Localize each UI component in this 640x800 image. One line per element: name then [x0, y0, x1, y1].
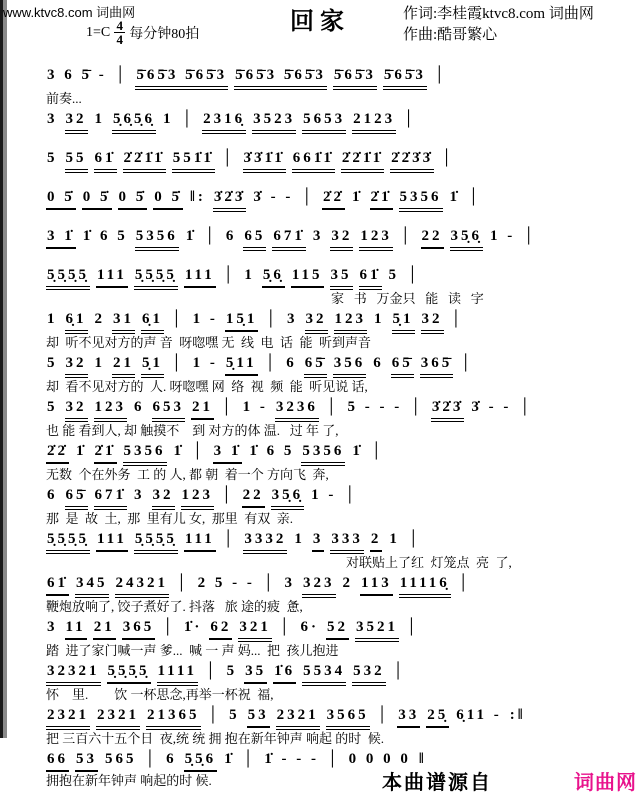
composer-credit: 作曲:酷哥繁心 [403, 25, 594, 46]
note-group: 5̄65̄3 [383, 66, 427, 90]
note-group: 62 [209, 618, 232, 640]
repeat-sign: ‖: [189, 188, 207, 208]
note-group: 5̣11 [225, 354, 258, 376]
notes-line: 5̣5̣5̣5̣1115̣5̣5̣5̣111│15̣6̣1153561̇5│ [46, 266, 621, 290]
note-group: 3 [46, 110, 59, 130]
barline: │ [221, 149, 237, 169]
footer-site-name: 词曲网 [574, 766, 637, 795]
lyrics-line: 踏 进了家门喊一声 爹... 喊 一 声 妈... 把 孩儿抱进 [46, 643, 621, 658]
lyrics-line: 却 听不见对方的声 音 呀唿嘿 无 线 电 话 能 听到声音 [46, 335, 621, 350]
time-denominator: 4 [116, 34, 123, 45]
barline: │ [325, 398, 341, 418]
note-group: 5̄65̄3 5̄65̄3 [135, 66, 228, 90]
note-group: 55 [65, 149, 88, 173]
barline: │ [406, 266, 422, 286]
note-group: 5356 [123, 442, 167, 466]
barline: │ [222, 266, 238, 286]
system-row: 5̣5̣5̣5̣1115̣5̣5̣5̣111│15̣6̣1153561̇5│家 … [46, 266, 621, 306]
system-row: 0 5̇0 5̇0 5̇0 5̇‖:3̇2̇3̇3̇ - -│2̇2̇1̇2̇1… [46, 188, 621, 212]
barline: │ [407, 530, 423, 550]
note-group: 1 [94, 354, 107, 374]
repeat-sign: :‖ [509, 706, 527, 726]
note-group: 5 [226, 662, 239, 682]
note-group: 2̇2̇1̇1̇ [123, 149, 166, 173]
barline: │ [175, 574, 191, 594]
barline: │ [203, 227, 219, 247]
note-group: 111 [96, 266, 128, 288]
note-group: 123 [94, 398, 128, 422]
note-group: 5 [228, 706, 241, 726]
barline: │ [264, 354, 280, 374]
note-group: 3521 [355, 618, 399, 642]
note-group: 1̇ [351, 442, 364, 462]
note-group: 123 [334, 310, 368, 334]
note-group: 111 [96, 530, 128, 552]
barline: │ [370, 442, 386, 462]
barline: │ [191, 442, 207, 462]
note-group: 3̇ - - [470, 398, 512, 418]
note-group: 6̣1 [141, 310, 164, 334]
note-group: 53 [247, 706, 270, 728]
note-group: 661̇1̇ [292, 149, 335, 173]
note-group: 0 5̇ [118, 188, 148, 210]
note-group: 2 [370, 530, 383, 552]
notes-line: 3 1̇1̇ 6 553561̇│665671̇332123│2235̣6̣1 … [46, 227, 621, 251]
note-group: 22 [242, 486, 265, 508]
barline: │ [343, 486, 359, 506]
note-group: 2̇1̇ [94, 442, 117, 464]
note-group: 671̇ [94, 486, 128, 510]
time-numerator: 4 [116, 20, 123, 31]
note-group: 113 [360, 574, 393, 596]
lyrics-line: 前奏... [46, 91, 621, 106]
credits-block: 作词:李桂霞ktvc8.com 词曲网 作曲:酷哥繁心 [403, 4, 594, 46]
note-group: 1 [162, 110, 175, 130]
note-group: 1̇ [185, 227, 198, 247]
note-group: 551̇1̇ [172, 149, 215, 173]
note-group: 5 - - - [347, 398, 404, 418]
note-group: 65̄ [65, 486, 88, 510]
note-group: 2̇2̇3̇3̇ [390, 149, 434, 173]
note-group: 65̄ [304, 354, 327, 378]
note-group: 3 [133, 486, 146, 506]
note-group: 3̇2̇3̇ [213, 188, 247, 212]
note-group: 123 [359, 227, 393, 251]
barline: │ [459, 354, 475, 374]
note-group: 6· [299, 618, 320, 638]
note-group: 1̇· [183, 618, 204, 638]
notes-line: 6653565│65̣5̣61̇│1̇ - - -│0 0 0 0‖ [46, 750, 621, 772]
system-row: 2321232121365│55323213565│3325̣6̣11 -:‖把… [46, 706, 621, 746]
note-group: 5̣6̣5̣6̣ [112, 110, 156, 134]
note-group: 2321 [276, 706, 320, 730]
note-group: 32 [152, 486, 175, 510]
barline: │ [144, 750, 160, 770]
note-group: 1̇ [223, 750, 236, 770]
lyrics-line: 家 书 万金只 能 读 字 [46, 291, 621, 306]
note-group: 2321 [96, 706, 140, 730]
note-group: 2123 [352, 110, 396, 134]
note-group: 53 [75, 750, 98, 772]
note-group: 1 [293, 530, 306, 550]
note-group: 1 - [489, 227, 516, 247]
note-group: 323 [302, 574, 336, 598]
barline: │ [409, 398, 425, 418]
barline: │ [222, 530, 238, 550]
note-group: 333 [330, 530, 364, 554]
barline: │ [433, 66, 449, 86]
note-group: 5̣5̣5̣5̣ [134, 530, 178, 554]
barline: │ [457, 574, 473, 594]
note-group: 1̇ - - - [263, 750, 320, 770]
note-group: 532 [352, 662, 386, 686]
note-group: 3 [312, 227, 325, 247]
note-group: 35̣6̣ [271, 486, 305, 510]
note-group: 1 - [242, 398, 269, 418]
note-group: 0 5̇ [82, 188, 112, 210]
note-group: 3 [312, 530, 325, 552]
notes-line: 5̣5̣5̣5̣1115̣5̣5̣5̣111│33321333321│ [46, 530, 621, 554]
lyrics-line: 对联贴上了红 灯笼点 亮 了, [46, 555, 621, 570]
note-group: 1 [373, 310, 386, 330]
barline: │ [402, 110, 418, 130]
note-group: 5̣5̣5̣5̣ [107, 662, 151, 684]
note-group: 35̣6̣ [450, 227, 484, 251]
note-group: 5356 [301, 442, 345, 466]
barline: │ [405, 618, 421, 638]
barline: │ [207, 706, 223, 726]
barline: │ [522, 227, 538, 247]
note-group: 3̇3̇1̇1̇ [243, 149, 286, 173]
note-group: 32 [305, 310, 328, 334]
note-group: 2 5 - - [197, 574, 256, 594]
note-group: 565 [104, 750, 138, 770]
barline: │ [392, 662, 408, 682]
notes-line: 2321232121365│55323213565│3325̣6̣11 -:‖ [46, 706, 621, 730]
note-group: 6 [372, 354, 385, 374]
system-row: 323215̣5̣5̣5̣1111│5351̇65534532│怀 里. 饮 一… [46, 662, 621, 702]
note-group: 1111 [157, 662, 199, 686]
lyricist-credit: 作词:李桂霞ktvc8.com 词曲网 [403, 4, 594, 25]
key-signature: 1=C [86, 25, 110, 41]
barline: │ [467, 188, 483, 208]
note-group: 671̇ [272, 227, 306, 251]
note-group: 5̣5̣6 [184, 750, 218, 772]
note-group: 3565 [326, 706, 370, 730]
note-group: 3 6 5̄ - [46, 66, 108, 86]
note-group: 3 1̇ [46, 227, 76, 249]
note-group: 32 [65, 398, 88, 422]
lyrics-line: 却 看不见对方的 人. 呀唿嘿 网 络 视 频 能 听见说 话, [46, 379, 621, 394]
note-group: 5653 [302, 110, 346, 134]
note-group: 61̇ [46, 574, 69, 596]
scan-edge-bar-gray [3, 0, 7, 738]
notes-line: 55561̇2̇2̇1̇1̇551̇1̇│3̇3̇1̇1̇661̇1̇2̇2̇1… [46, 149, 621, 173]
lyrics-line: 那 是 故 土, 那 里有儿 女, 那里 有双 亲. [46, 511, 621, 526]
note-group: 21 [93, 618, 116, 640]
system-row: 3 6 5̄ -│5̄65̄3 5̄65̄35̄65̄3 5̄65̄35̄65̄… [46, 66, 621, 106]
note-group: 66 [46, 750, 69, 772]
note-group: 1 [243, 266, 256, 286]
key-tempo-line: 1=C 4 4 每分钟80拍 [86, 20, 199, 45]
note-group: 6̣1 [65, 310, 88, 334]
note-group: 2316̣ [202, 110, 246, 134]
notes-line: 33215̣6̣5̣6̣1│2316̣352356532123│ [46, 110, 621, 134]
barline: │ [262, 574, 278, 594]
note-group: 32 [65, 110, 88, 134]
barline: │ [170, 354, 186, 374]
barline: │ [326, 750, 342, 770]
note-group: 3523 [252, 110, 296, 134]
note-group: 2̇2̇ [46, 442, 69, 464]
note-group: 1 [46, 310, 59, 330]
note-group: 25̣ [426, 706, 449, 728]
note-group: 5̣6̣ [262, 266, 285, 288]
note-group: 0 5̇ [153, 188, 183, 210]
notes-line: 3 6 5̄ -│5̄65̄3 5̄65̄35̄65̄3 5̄65̄35̄65̄… [46, 66, 621, 90]
lyrics-line: 也 能 看到人, 却 触摸不 到 对方的体 温. 过 年 了, [46, 423, 621, 438]
note-group: 3̇ - - [252, 188, 294, 208]
note-group: 2 [94, 310, 107, 330]
note-group: 1 [94, 110, 107, 130]
note-group: 1 - [310, 486, 337, 506]
note-group: 356 [333, 354, 367, 378]
note-group: 653 [152, 398, 186, 422]
note-group: 35 [244, 662, 267, 684]
notes-line: 665̄671̇332123│2235̣6̣1 -│ [46, 486, 621, 510]
note-group: 3̇2̇3̇ [431, 398, 465, 422]
barline: │ [450, 310, 466, 330]
barline: │ [518, 398, 534, 418]
note-group: 1̇ [351, 188, 364, 208]
note-group: 11 [65, 618, 87, 640]
lyrics-line: 鞭炮放响了, 饺子煮好了. 抖落 旅 途的疲 惫, [46, 599, 621, 614]
note-group: 0 5̇ [46, 188, 76, 210]
notes-line: 2̇2̇1̇2̇1̇53561̇│3 1̇1̇ 6 553561̇│ [46, 442, 621, 466]
note-group: 5 [388, 266, 401, 286]
note-group: 1̇ [173, 442, 186, 462]
lyrics-line: 把 三百六十五个日 夜,统 统 拥 抱在新年钟声 响起 的时 候. [46, 731, 621, 746]
barline: │ [181, 110, 197, 130]
note-group: 32321 [46, 662, 101, 686]
barline: │ [264, 310, 280, 330]
system-row: 3 1̇1̇ 6 553561̇│665671̇332123│2235̣6̣1 … [46, 227, 621, 251]
system-row: 16̣12316̣1│1 -15̣1│33212315̣132│却 听不见对方的… [46, 310, 621, 350]
note-group: 1 [388, 530, 401, 550]
note-group: 6 [225, 227, 238, 247]
note-group: 3236 [275, 398, 319, 422]
system-row: 33215̣6̣5̣6̣1│2316̣352356532123│ [46, 110, 621, 134]
lyrics-line: 无数 个在外务 工 的 人, 都 朝 着一个 方向飞 奔, [46, 467, 621, 482]
lyrics-line: 怀 里. 饮 一杯思念,再举一杯祝 福, [46, 687, 621, 702]
tempo-marking: 每分钟80拍 [129, 23, 199, 43]
score: 3 6 5̄ -│5̄65̄3 5̄65̄35̄65̄3 5̄65̄35̄65̄… [46, 66, 621, 792]
notes-line: 61̇34524321│2 5 - -│3323211311116̣│ [46, 574, 621, 598]
note-group: 21 [112, 354, 135, 378]
note-group: 1̇ 6 5 [82, 227, 129, 247]
note-group: 1̇6 [273, 662, 296, 684]
note-group: 61̇ [94, 149, 117, 173]
system-row: 665̄671̇332123│2235̣6̣1 -│那 是 故 土, 那 里有儿… [46, 486, 621, 526]
footer-source-label: 本曲谱源自 [382, 766, 492, 795]
notes-line: 16̣12316̣1│1 -15̣1│33212315̣132│ [46, 310, 621, 334]
barline: │ [204, 662, 220, 682]
note-group: 1 - [192, 354, 219, 374]
note-group: 15̣1 [225, 310, 259, 332]
note-group: 2̇1̇ [370, 188, 393, 210]
note-group: 3 1̇ [213, 442, 243, 464]
barline: │ [220, 398, 236, 418]
sheet-music-page: www.ktvc8.com 词曲网 回家 作词:李桂霞ktvc8.com 词曲网… [0, 0, 640, 800]
note-group: 111 [184, 266, 216, 288]
note-group: 1̇ [75, 442, 88, 462]
note-group: 3 [46, 618, 59, 638]
barline: │ [220, 486, 236, 506]
note-group: 6̣11 - [455, 706, 502, 726]
note-group: 3 [286, 310, 299, 330]
note-group: 5 [46, 354, 59, 374]
note-group: 345 [75, 574, 109, 598]
note-group: 32 [65, 354, 88, 378]
note-group: 21 [191, 398, 214, 420]
system-row: 5̣5̣5̣5̣1115̣5̣5̣5̣111│33321333321│对联贴上了… [46, 530, 621, 570]
note-group: 115 [291, 266, 324, 288]
notes-line: 323215̣5̣5̣5̣1111│5351̇65534532│ [46, 662, 621, 686]
note-group: 321 [238, 618, 272, 642]
notes-line: 31121365│1̇·62321│6·523521│ [46, 618, 621, 642]
note-group: 3332 [243, 530, 287, 554]
note-group: 33 [397, 706, 420, 728]
notes-line: 532123665321│1 -3236│5 - - -│3̇2̇3̇3̇ - … [46, 398, 621, 422]
note-group: 2̇2̇1̇1̇ [341, 149, 384, 173]
note-group: 6 [133, 398, 146, 418]
note-group: 32 [330, 227, 353, 251]
note-group: 35 [330, 266, 353, 290]
note-group: 52 [326, 618, 349, 640]
barline: │ [399, 227, 415, 247]
system-row: 61̇34524321│2 5 - -│3323211311116̣│鞭炮放响了… [46, 574, 621, 614]
note-group: 65 [243, 227, 266, 251]
system-row: 5321215̣1│1 -5̣11│665̄356665̄365̄│却 看不见对… [46, 354, 621, 394]
note-group: 111 [184, 530, 216, 552]
barline: │ [242, 750, 258, 770]
barline: │ [300, 188, 316, 208]
system-row: 6653565│65̣5̣61̇│1̇ - - -│0 0 0 0‖拥抱在新年钟… [46, 750, 621, 788]
notes-line: 0 5̇0 5̇0 5̇0 5̇‖:3̇2̇3̇3̇ - -│2̇2̇1̇2̇1… [46, 188, 621, 212]
note-group: 2321 [46, 706, 90, 730]
note-group: 5̄65̄3 [333, 66, 377, 90]
note-group: 2 [342, 574, 355, 594]
note-group: 61̇ [359, 266, 382, 290]
note-group: 5 [46, 149, 59, 169]
note-group: 5̣5̣5̣5̣ [134, 266, 178, 290]
barline: │ [114, 66, 130, 86]
note-group: 22 [421, 227, 444, 249]
note-group: 6 [285, 354, 298, 374]
note-group: 5̣1 [392, 310, 415, 334]
system-row: 2̇2̇1̇2̇1̇53561̇│3 1̇1̇ 6 553561̇│无数 个在外… [46, 442, 621, 482]
note-group: 5356 [135, 227, 179, 251]
system-row: 55561̇2̇2̇1̇1̇551̇1̇│3̇3̇1̇1̇661̇1̇2̇2̇1… [46, 149, 621, 173]
note-group: 5̣5̣5̣5̣ [46, 530, 90, 554]
barline: │ [278, 618, 294, 638]
note-group: 6 [165, 750, 178, 770]
note-group: 31 [112, 310, 135, 334]
note-group: 1 - [192, 310, 219, 330]
note-group: 1̇ 6 5 [248, 442, 295, 462]
time-signature: 4 4 [114, 20, 125, 45]
note-group: 5̣5̣5̣5̣ [46, 266, 90, 290]
note-group: 365 [122, 618, 156, 640]
note-group: 3 [284, 574, 297, 594]
note-group: 24321 [115, 574, 170, 598]
note-group: 6 [46, 486, 59, 506]
note-group: 65̄ [391, 354, 414, 378]
barline: │ [170, 310, 186, 330]
note-group: 1̇ [449, 188, 462, 208]
note-group: 11116̣ [399, 574, 451, 598]
note-group: 5̣1 [141, 354, 164, 378]
barline: │ [376, 706, 392, 726]
note-group: 5356 [399, 188, 443, 212]
notes-line: 5321215̣1│1 -5̣11│665̄356665̄365̄│ [46, 354, 621, 378]
note-group: 2̇2̇ [322, 188, 345, 210]
note-group: 365̄ [420, 354, 454, 378]
barline: │ [161, 618, 177, 638]
note-group: 123 [181, 486, 215, 510]
note-group: 32 [421, 310, 444, 334]
note-group: 5 [46, 398, 59, 418]
system-row: 532123665321│1 -3236│5 - - -│3̇2̇3̇3̇ - … [46, 398, 621, 438]
system-row: 31121365│1̇·62321│6·523521│踏 进了家门喊一声 爹..… [46, 618, 621, 658]
note-group: 5534 [302, 662, 346, 686]
barline: │ [440, 149, 456, 169]
note-group: 21365 [146, 706, 201, 730]
note-group: 5̄65̄3 5̄65̄3 [234, 66, 327, 90]
lyrics-line: 拥抱在新年钟声 响起的时 候. [46, 773, 621, 788]
